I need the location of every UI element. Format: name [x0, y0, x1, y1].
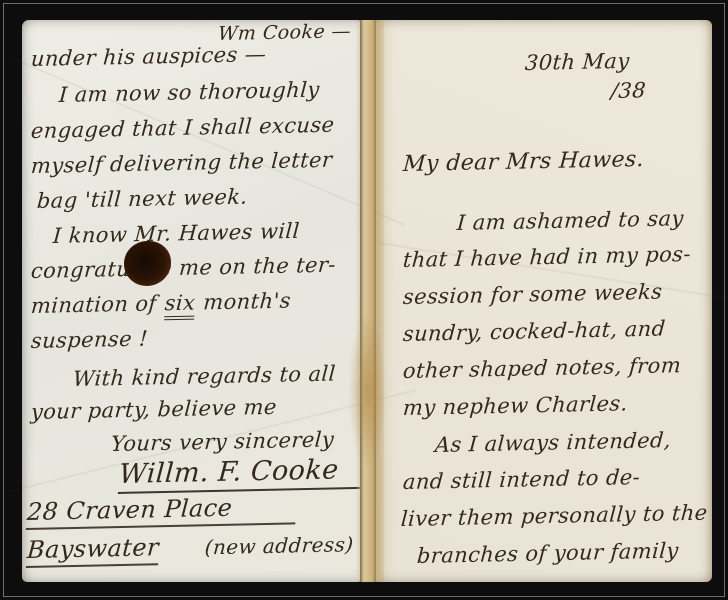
address-note: (new address) [204, 532, 354, 559]
handwriting-line: your party, believe me [30, 392, 278, 427]
date-year: /38 [610, 75, 647, 106]
emphasized-word-six: six [164, 291, 197, 321]
termination-prefix: mination of [30, 291, 157, 318]
letter-page-left: Wm Cooke — under his auspices — I am now… [22, 20, 360, 582]
handwriting-line: under his auspices — [30, 39, 267, 74]
address-line-2: Bayswater(new address) [26, 528, 355, 566]
handwriting-line: bag 'till next week. [36, 182, 249, 216]
handwriting-line: I am ashamed to say [456, 203, 685, 238]
address-line-1: 28 Craven Place [26, 491, 297, 527]
handwriting-line: sundry, cocked-hat, and [402, 314, 667, 349]
salutation: My dear Mrs Hawes. [402, 145, 645, 180]
address-street: 28 Craven Place [26, 492, 298, 530]
handwriting-line: congratulate me on the ter- [30, 250, 337, 286]
termination-suffix: month's [203, 289, 292, 315]
address-district: Bayswater [26, 533, 160, 568]
handwriting-line: I am now so thoroughly [58, 75, 321, 110]
handwriting-line: other shaped notes, from [402, 350, 682, 386]
handwriting-line: liver them personally to the [400, 498, 709, 534]
handwriting-line: session for some weeks [402, 277, 663, 312]
handwriting-line: my nephew Charles. [402, 388, 629, 423]
handwriting-line: suspense ! [30, 324, 149, 356]
handwriting-line: myself delivering the letter [30, 145, 333, 181]
handwriting-line-termination: mination ofsixmonth's [30, 286, 292, 321]
handwriting-line: branches of your family [416, 536, 680, 571]
handwriting-line: engaged that I shall excuse [30, 110, 335, 146]
handwriting-line: that I have had in my pos- [402, 239, 692, 275]
handwriting-line: With kind regards to all [72, 359, 337, 394]
signature: Willm. F. Cooke [118, 455, 376, 491]
center-fold [356, 20, 384, 582]
letter-page-right: 30th May /38 My dear Mrs Hawes. I am ash… [376, 20, 712, 582]
handwriting-line: As I always intended, [434, 425, 672, 460]
handwriting-line: and still intend to de- [402, 462, 641, 497]
date-line: 30th May [524, 46, 631, 78]
fold-stain [348, 310, 386, 470]
letter-spread: Wm Cooke — under his auspices — I am now… [22, 20, 712, 582]
handwriting-line: I know Mr. Hawes will [52, 216, 301, 251]
handwriting-line: Yours very sincerely [110, 424, 335, 459]
signature-text: Willm. F. Cooke [118, 454, 376, 494]
